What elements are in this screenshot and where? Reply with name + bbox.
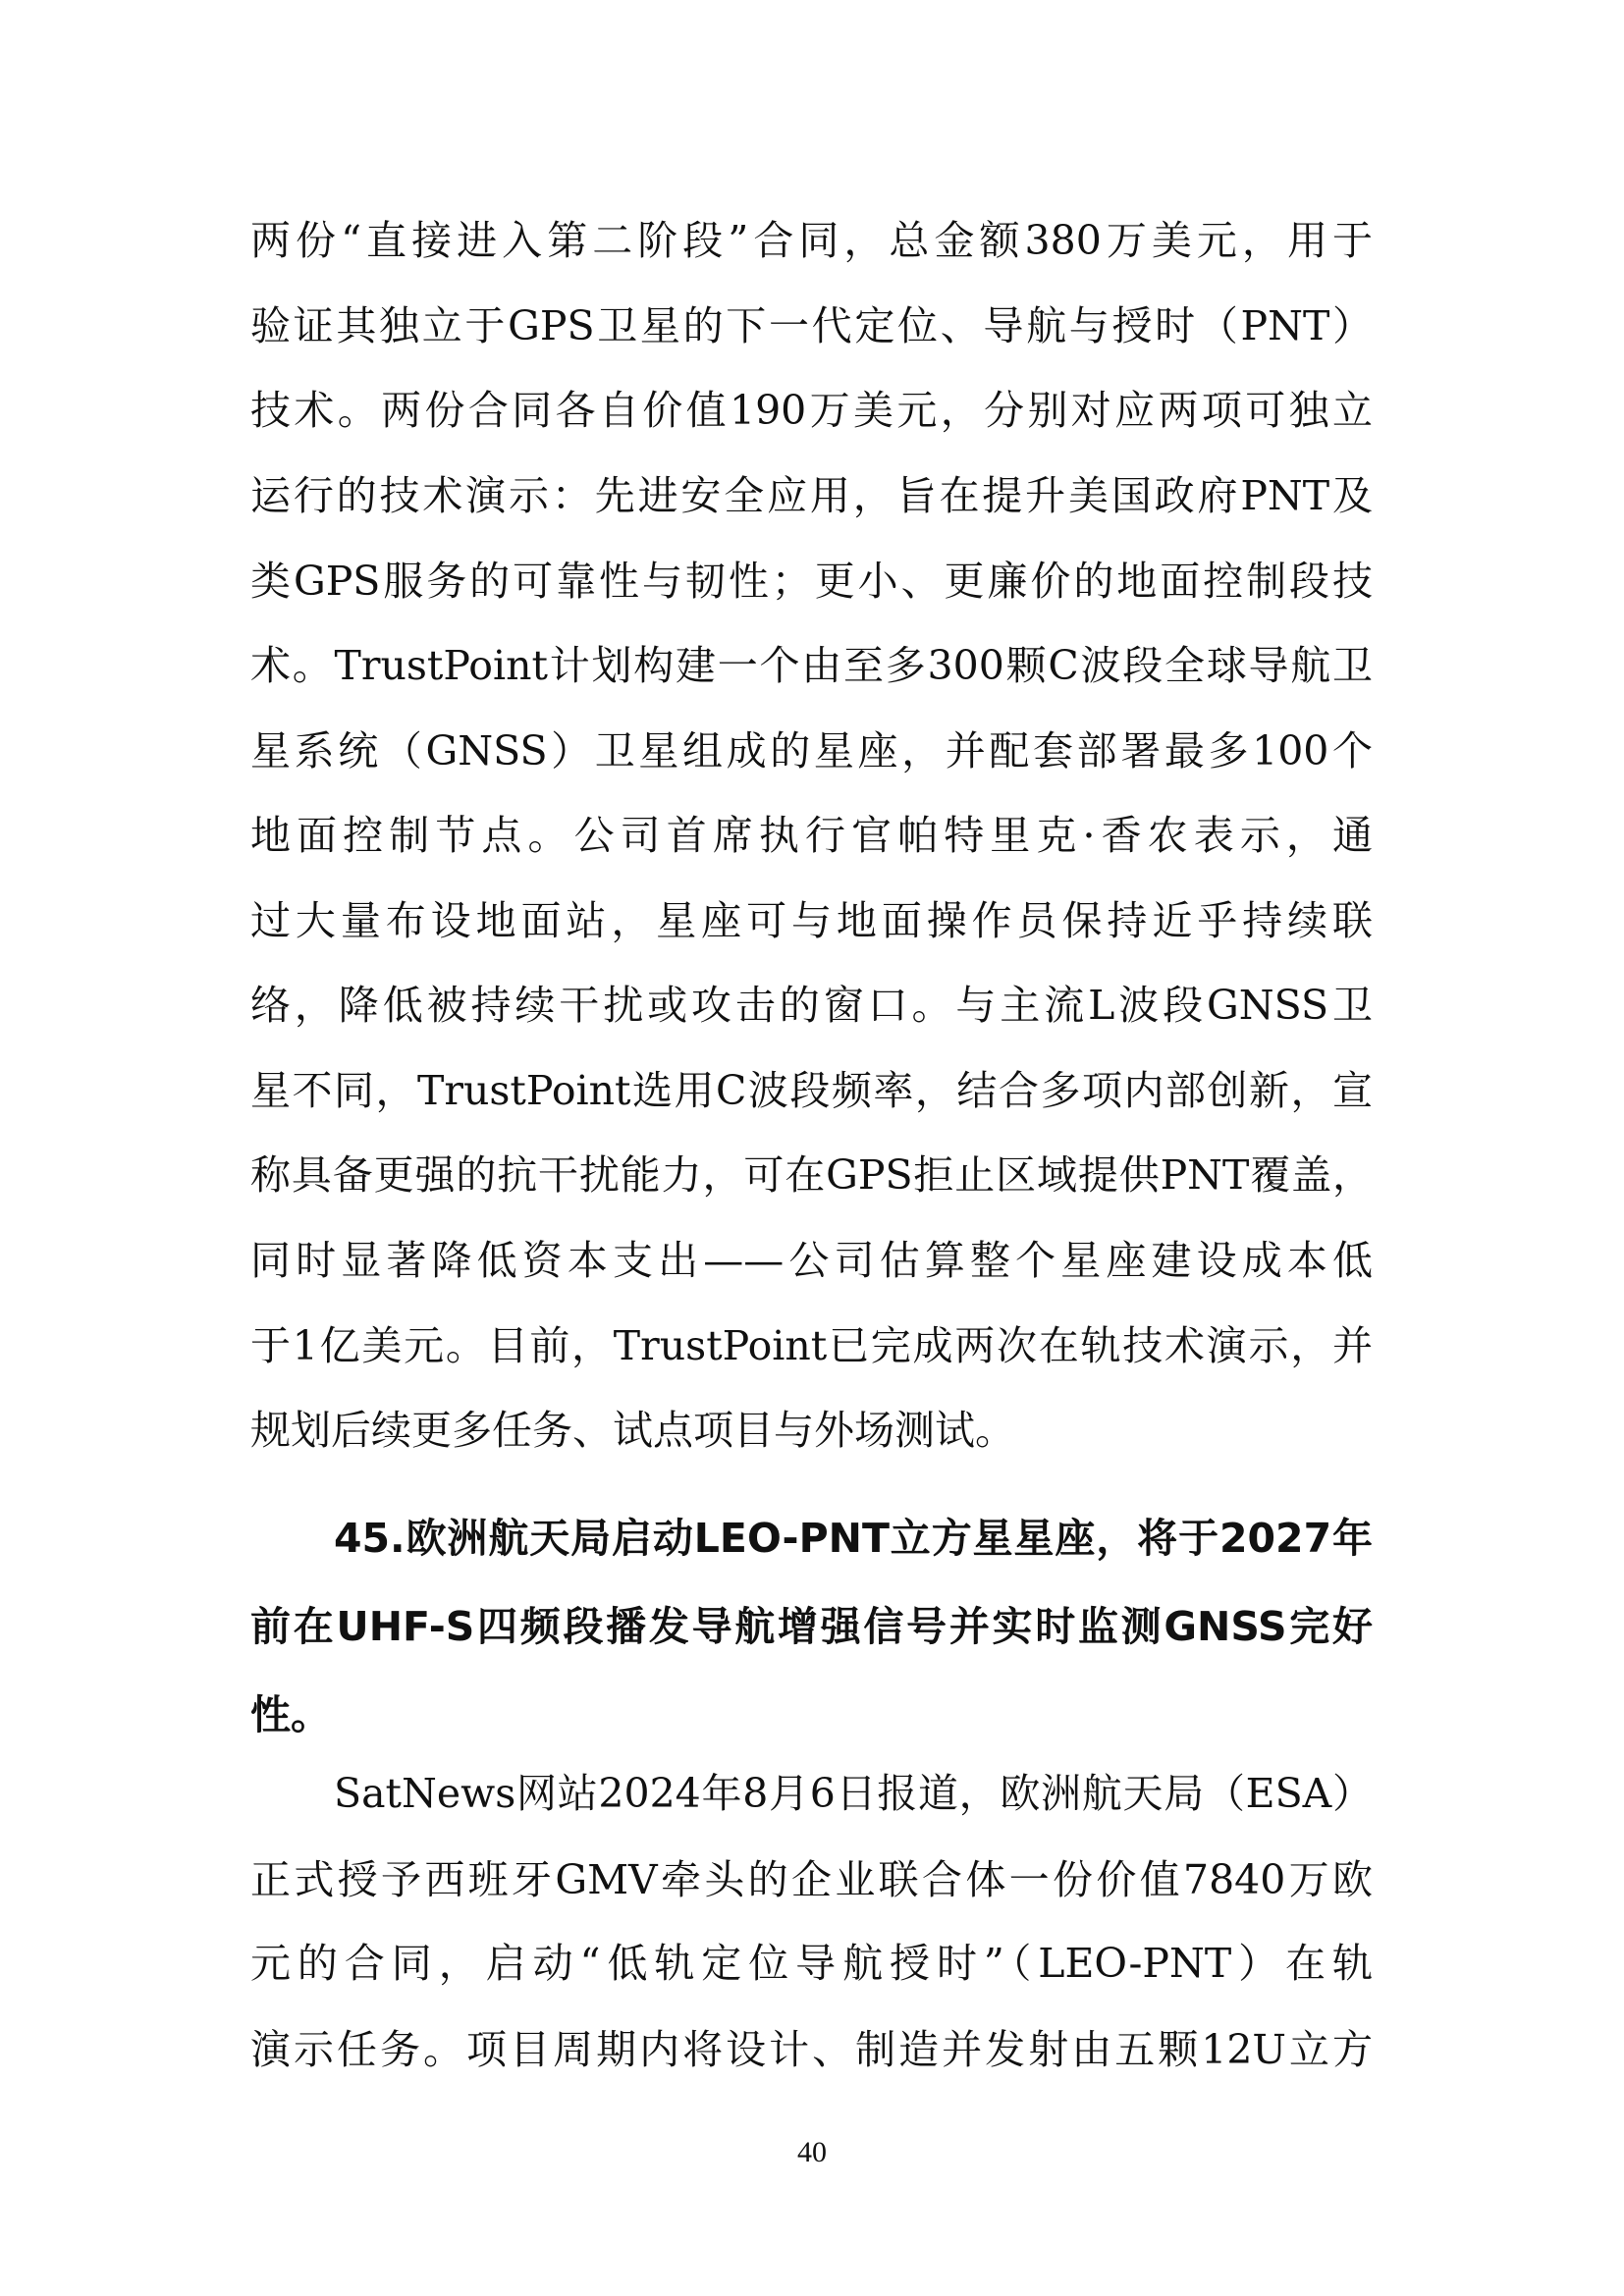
text-line: 规划后续更多任务、试点项目与外场测试。 (250, 1401, 1373, 1460)
text-line: 络，降低被持续干扰或攻击的窗口。与主流L波段GNSS卫 (250, 976, 1373, 1035)
text-line: 星不同，TrustPoint选用C波段频率，结合多项内部创新，宣 (250, 1061, 1373, 1120)
text-line: 术。TrustPoint计划构建一个由至多300颗C波段全球导航卫 (250, 636, 1373, 695)
text-line: 验证其独立于GPS卫星的下一代定位、导航与授时（PNT） (250, 296, 1373, 355)
text-line: 运行的技术演示：先进安全应用，旨在提升美国政府PNT及 (250, 466, 1373, 525)
text-line: 类GPS服务的可靠性与韧性；更小、更廉价的地面控制段技 (250, 552, 1373, 611)
heading-line: 45.欧洲航天局启动LEO-PNT立方星星座，将于2027年 (334, 1509, 1373, 1568)
text-line: 正式授予西班牙GMV牵头的企业联合体一份价值7840万欧 (250, 1850, 1373, 1909)
text-line: 同时显著降低资本支出——公司估算整个星座建设成本低 (250, 1231, 1373, 1290)
document-page: 两份“直接进入第二阶段”合同，总金额380万美元，用于 验证其独立于GPS卫星的… (0, 0, 1624, 2296)
page-number: 40 (763, 2135, 861, 2170)
text-line: 于1亿美元。目前，TrustPoint已完成两次在轨技术演示，并 (250, 1316, 1373, 1375)
text-line: 技术。两份合同各自价值190万美元，分别对应两项可独立 (250, 381, 1373, 440)
text-line: SatNews网站2024年8月6日报道，欧洲航天局（ESA） (334, 1764, 1373, 1823)
text-line: 过大量布设地面站，星座可与地面操作员保持近乎持续联 (250, 891, 1373, 950)
text-line: 演示任务。项目周期内将设计、制造并发射由五颗12U立方 (250, 2020, 1373, 2079)
text-line: 称具备更强的抗干扰能力，可在GPS拒止区域提供PNT覆盖， (250, 1146, 1373, 1204)
heading-line: 性。 (250, 1685, 1373, 1744)
text-line: 地面控制节点。公司首席执行官帕特里克·香农表示，通 (250, 806, 1373, 865)
text-line: 星系统（GNSS）卫星组成的星座，并配套部署最多100个 (250, 721, 1373, 780)
heading-line: 前在UHF-S四频段播发导航增强信号并实时监测GNSS完好 (250, 1597, 1373, 1656)
text-line: 元的合同，启动“低轨定位导航授时”（LEO-PNT）在轨 (250, 1934, 1373, 1993)
text-line: 两份“直接进入第二阶段”合同，总金额380万美元，用于 (250, 211, 1373, 270)
